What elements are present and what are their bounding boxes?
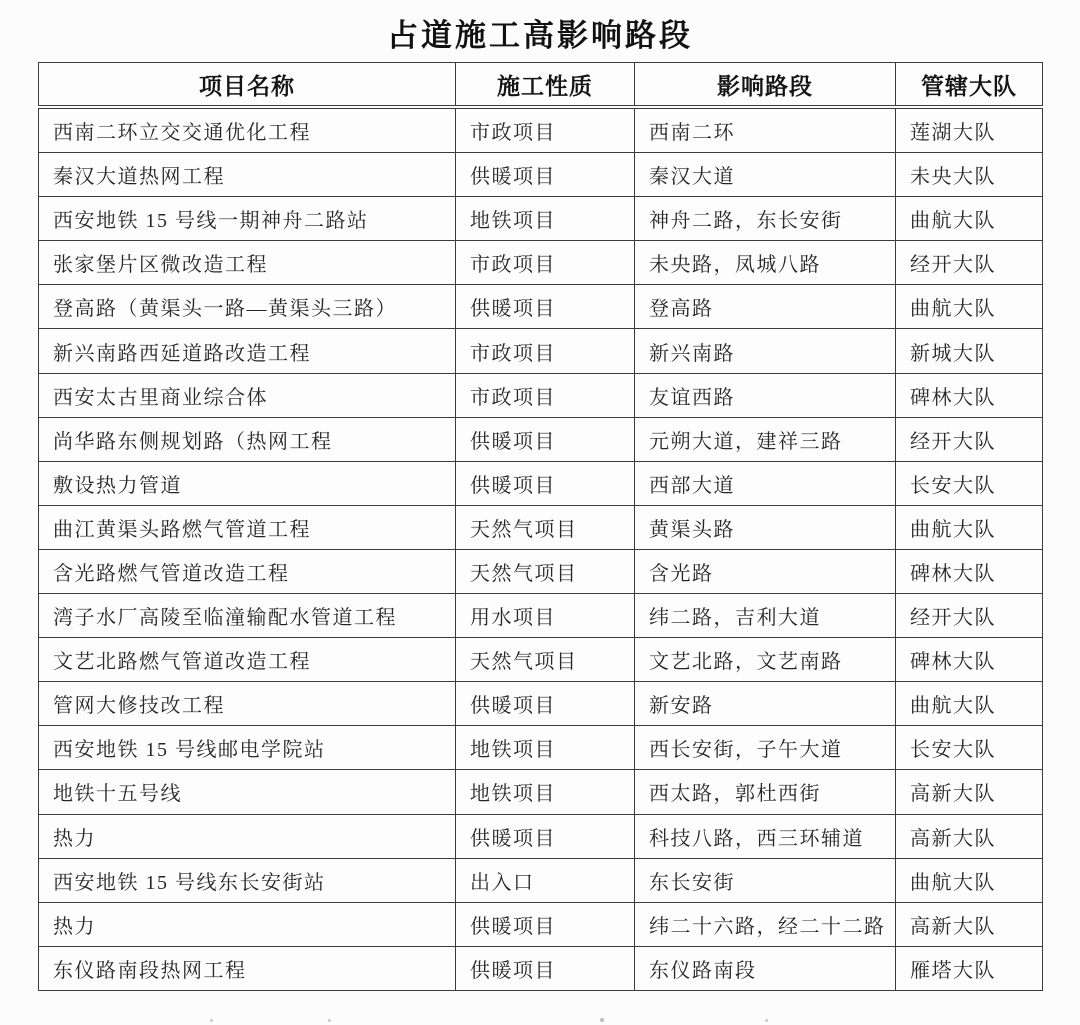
cell-construction-type: 出入口 bbox=[456, 858, 635, 902]
cell-project-name: 敷设热力管道 bbox=[39, 461, 456, 505]
table-header-row: 项目名称施工性质影响路段管辖大队 bbox=[39, 63, 1043, 108]
cell-project-name: 登高路（黄渠头一路—黄渠头三路） bbox=[39, 285, 456, 329]
cell-jurisdiction-brigade: 长安大队 bbox=[896, 726, 1043, 770]
cell-project-name: 文艺北路燃气管道改造工程 bbox=[39, 638, 456, 682]
cell-affected-road: 新兴南路 bbox=[635, 329, 896, 373]
cell-project-name: 秦汉大道热网工程 bbox=[39, 153, 456, 197]
table-row: 含光路燃气管道改造工程天然气项目含光路碑林大队 bbox=[39, 549, 1043, 593]
column-header-project-name: 项目名称 bbox=[39, 63, 456, 108]
table-row: 文艺北路燃气管道改造工程天然气项目文艺北路，文艺南路碑林大队 bbox=[39, 638, 1043, 682]
column-header-jurisdiction-brigade: 管辖大队 bbox=[896, 63, 1043, 108]
cutoff-print-artifact bbox=[0, 1013, 1080, 1025]
cell-jurisdiction-brigade: 未央大队 bbox=[896, 153, 1043, 197]
column-header-construction-type: 施工性质 bbox=[456, 63, 635, 108]
cell-affected-road: 东仪路南段 bbox=[635, 946, 896, 990]
cell-construction-type: 市政项目 bbox=[456, 373, 635, 417]
page-title: 占道施工高影响路段 bbox=[0, 0, 1080, 62]
cell-affected-road: 西长安街，子午大道 bbox=[635, 726, 896, 770]
table-row: 热力供暖项目纬二十六路，经二十二路高新大队 bbox=[39, 902, 1043, 946]
table-row: 秦汉大道热网工程供暖项目秦汉大道未央大队 bbox=[39, 153, 1043, 197]
table-row: 西安地铁 15 号线东长安街站出入口东长安街曲航大队 bbox=[39, 858, 1043, 902]
cell-construction-type: 供暖项目 bbox=[456, 461, 635, 505]
cell-construction-type: 市政项目 bbox=[456, 241, 635, 285]
table-row: 西安地铁 15 号线一期神舟二路站地铁项目神舟二路，东长安街曲航大队 bbox=[39, 197, 1043, 241]
cell-construction-type: 供暖项目 bbox=[456, 902, 635, 946]
table-row: 管网大修技改工程供暖项目新安路曲航大队 bbox=[39, 682, 1043, 726]
cell-construction-type: 天然气项目 bbox=[456, 638, 635, 682]
cell-project-name: 湾子水厂高陵至临潼输配水管道工程 bbox=[39, 594, 456, 638]
cell-jurisdiction-brigade: 曲航大队 bbox=[896, 505, 1043, 549]
cell-jurisdiction-brigade: 曲航大队 bbox=[896, 197, 1043, 241]
cell-jurisdiction-brigade: 经开大队 bbox=[896, 241, 1043, 285]
cell-project-name: 新兴南路西延道路改造工程 bbox=[39, 329, 456, 373]
cell-construction-type: 地铁项目 bbox=[456, 726, 635, 770]
cell-affected-road: 登高路 bbox=[635, 285, 896, 329]
cell-affected-road: 东长安街 bbox=[635, 858, 896, 902]
cell-affected-road: 秦汉大道 bbox=[635, 153, 896, 197]
cell-construction-type: 供暖项目 bbox=[456, 814, 635, 858]
cell-affected-road: 科技八路，西三环辅道 bbox=[635, 814, 896, 858]
cell-project-name: 尚华路东侧规划路（热网工程 bbox=[39, 417, 456, 461]
cell-affected-road: 含光路 bbox=[635, 549, 896, 593]
table-row: 张家堡片区微改造工程市政项目未央路，凤城八路经开大队 bbox=[39, 241, 1043, 285]
cell-jurisdiction-brigade: 曲航大队 bbox=[896, 858, 1043, 902]
table-row: 西南二环立交交通优化工程市政项目西南二环莲湖大队 bbox=[39, 107, 1043, 153]
cell-construction-type: 供暖项目 bbox=[456, 946, 635, 990]
cell-project-name: 热力 bbox=[39, 902, 456, 946]
cell-construction-type: 供暖项目 bbox=[456, 417, 635, 461]
cell-construction-type: 市政项目 bbox=[456, 329, 635, 373]
cell-affected-road: 西部大道 bbox=[635, 461, 896, 505]
cell-affected-road: 元朔大道，建祥三路 bbox=[635, 417, 896, 461]
cell-jurisdiction-brigade: 碑林大队 bbox=[896, 549, 1043, 593]
cell-jurisdiction-brigade: 曲航大队 bbox=[896, 285, 1043, 329]
cell-construction-type: 地铁项目 bbox=[456, 770, 635, 814]
cell-construction-type: 供暖项目 bbox=[456, 682, 635, 726]
cell-affected-road: 新安路 bbox=[635, 682, 896, 726]
cell-affected-road: 西南二环 bbox=[635, 107, 896, 153]
column-header-affected-road: 影响路段 bbox=[635, 63, 896, 108]
cell-jurisdiction-brigade: 高新大队 bbox=[896, 770, 1043, 814]
cell-affected-road: 文艺北路，文艺南路 bbox=[635, 638, 896, 682]
table-row: 西安太古里商业综合体市政项目友谊西路碑林大队 bbox=[39, 373, 1043, 417]
cell-construction-type: 地铁项目 bbox=[456, 197, 635, 241]
cell-project-name: 西安地铁 15 号线邮电学院站 bbox=[39, 726, 456, 770]
cell-project-name: 西安地铁 15 号线东长安街站 bbox=[39, 858, 456, 902]
cell-jurisdiction-brigade: 高新大队 bbox=[896, 902, 1043, 946]
cell-jurisdiction-brigade: 碑林大队 bbox=[896, 638, 1043, 682]
cell-affected-road: 黄渠头路 bbox=[635, 505, 896, 549]
cell-project-name: 西安太古里商业综合体 bbox=[39, 373, 456, 417]
cell-jurisdiction-brigade: 雁塔大队 bbox=[896, 946, 1043, 990]
cell-project-name: 西安地铁 15 号线一期神舟二路站 bbox=[39, 197, 456, 241]
cell-project-name: 管网大修技改工程 bbox=[39, 682, 456, 726]
cell-project-name: 含光路燃气管道改造工程 bbox=[39, 549, 456, 593]
cell-project-name: 曲江黄渠头路燃气管道工程 bbox=[39, 505, 456, 549]
cell-project-name: 东仪路南段热网工程 bbox=[39, 946, 456, 990]
cell-project-name: 张家堡片区微改造工程 bbox=[39, 241, 456, 285]
cell-affected-road: 西太路，郭杜西街 bbox=[635, 770, 896, 814]
cell-affected-road: 友谊西路 bbox=[635, 373, 896, 417]
cell-jurisdiction-brigade: 莲湖大队 bbox=[896, 107, 1043, 153]
table-row: 东仪路南段热网工程供暖项目东仪路南段雁塔大队 bbox=[39, 946, 1043, 990]
table-row: 热力供暖项目科技八路，西三环辅道高新大队 bbox=[39, 814, 1043, 858]
cell-jurisdiction-brigade: 碑林大队 bbox=[896, 373, 1043, 417]
cell-construction-type: 供暖项目 bbox=[456, 153, 635, 197]
cell-construction-type: 供暖项目 bbox=[456, 285, 635, 329]
table-row: 曲江黄渠头路燃气管道工程天然气项目黄渠头路曲航大队 bbox=[39, 505, 1043, 549]
cell-affected-road: 纬二十六路，经二十二路 bbox=[635, 902, 896, 946]
cell-construction-type: 市政项目 bbox=[456, 107, 635, 153]
road-impact-table: 项目名称施工性质影响路段管辖大队 西南二环立交交通优化工程市政项目西南二环莲湖大… bbox=[38, 62, 1043, 991]
cell-project-name: 西南二环立交交通优化工程 bbox=[39, 107, 456, 153]
cell-jurisdiction-brigade: 新城大队 bbox=[896, 329, 1043, 373]
cell-construction-type: 天然气项目 bbox=[456, 505, 635, 549]
cell-jurisdiction-brigade: 长安大队 bbox=[896, 461, 1043, 505]
header-row: 项目名称施工性质影响路段管辖大队 bbox=[39, 63, 1043, 108]
table-row: 地铁十五号线地铁项目西太路，郭杜西街高新大队 bbox=[39, 770, 1043, 814]
cell-project-name: 地铁十五号线 bbox=[39, 770, 456, 814]
cell-construction-type: 天然气项目 bbox=[456, 549, 635, 593]
cell-construction-type: 用水项目 bbox=[456, 594, 635, 638]
table-row: 西安地铁 15 号线邮电学院站地铁项目西长安街，子午大道长安大队 bbox=[39, 726, 1043, 770]
table-row: 敷设热力管道供暖项目西部大道长安大队 bbox=[39, 461, 1043, 505]
cell-jurisdiction-brigade: 经开大队 bbox=[896, 417, 1043, 461]
cell-jurisdiction-brigade: 经开大队 bbox=[896, 594, 1043, 638]
table-row: 湾子水厂高陵至临潼输配水管道工程用水项目纬二路，吉利大道经开大队 bbox=[39, 594, 1043, 638]
cell-project-name: 热力 bbox=[39, 814, 456, 858]
cell-jurisdiction-brigade: 高新大队 bbox=[896, 814, 1043, 858]
cell-affected-road: 纬二路，吉利大道 bbox=[635, 594, 896, 638]
cell-affected-road: 神舟二路，东长安街 bbox=[635, 197, 896, 241]
cell-affected-road: 未央路，凤城八路 bbox=[635, 241, 896, 285]
table-row: 尚华路东侧规划路（热网工程供暖项目元朔大道，建祥三路经开大队 bbox=[39, 417, 1043, 461]
table-body: 西南二环立交交通优化工程市政项目西南二环莲湖大队秦汉大道热网工程供暖项目秦汉大道… bbox=[39, 107, 1043, 990]
table-row: 登高路（黄渠头一路—黄渠头三路）供暖项目登高路曲航大队 bbox=[39, 285, 1043, 329]
cell-jurisdiction-brigade: 曲航大队 bbox=[896, 682, 1043, 726]
table-row: 新兴南路西延道路改造工程市政项目新兴南路新城大队 bbox=[39, 329, 1043, 373]
